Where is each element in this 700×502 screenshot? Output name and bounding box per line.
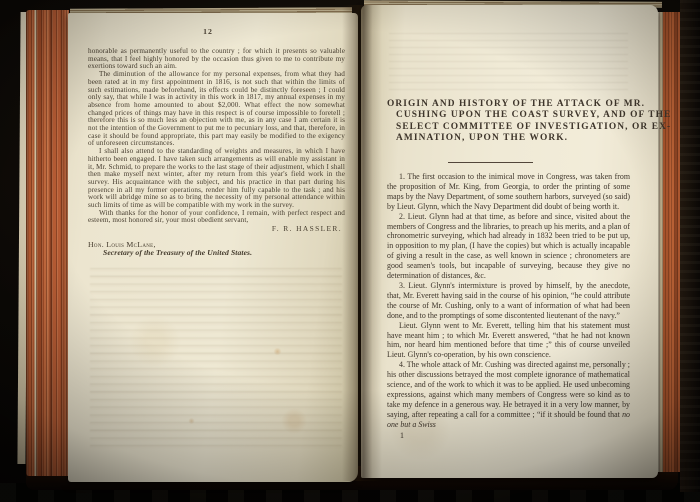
right-cover-board: [680, 0, 700, 492]
paragraph-text: 4. The whole attack of Mr. Cushing was d…: [387, 360, 630, 419]
addressee-title: Secretary of the Treasury of the United …: [103, 249, 345, 257]
book-photo-scene: 12 honorable as permanently useful to th…: [0, 0, 700, 502]
chapter-heading-line: SELECT COMMITTEE OF INVESTIGATION, OR EX…: [387, 122, 634, 133]
section-rule: [448, 162, 533, 163]
gutter-shadow: [342, 5, 382, 481]
foxing-spot: [273, 348, 282, 355]
right-page: ORIGIN AND HISTORY OF THE ATTACK OF MR. …: [361, 5, 658, 478]
left-page-number: 12: [88, 27, 328, 36]
foxing-spot: [188, 418, 195, 424]
left-page-text-block: honorable as permanently useful to the c…: [88, 48, 345, 256]
paragraph: With thanks for the honor of your confid…: [88, 210, 345, 225]
chapter-heading-line: AMINATION, UPON THE WORK.: [387, 133, 634, 144]
chapter-heading-line: ORIGIN AND HISTORY OF THE ATTACK OF MR.: [387, 99, 634, 110]
addressee-block: Hon. Louis McLane, Secretary of the Trea…: [88, 241, 345, 256]
letter-signature: F. R. HASSLER.: [88, 225, 345, 233]
paragraph: I shall also attend to the standarding o…: [88, 148, 345, 210]
left-fore-edge-stained-pages: [26, 10, 69, 476]
paragraph: Lieut. Glynn went to Mr. Everett, tellin…: [387, 321, 630, 361]
paragraph: honorable as permanently useful to the c…: [88, 48, 345, 71]
chapter-heading: ORIGIN AND HISTORY OF THE ATTACK OF MR. …: [387, 99, 634, 144]
left-page: 12 honorable as permanently useful to th…: [68, 13, 358, 482]
paragraph: 4. The whole attack of Mr. Cushing was d…: [387, 360, 630, 429]
paragraph: 3. Lieut. Glynn's intermixture is proved…: [387, 281, 630, 321]
chapter-heading-line: CUSHING UPON THE COAST SURVEY, AND OF TH…: [387, 110, 634, 121]
paragraph: 1. The first occasion to the inimical mo…: [387, 172, 630, 212]
paragraph: The diminution of the allowance for my p…: [88, 71, 345, 148]
paragraph: 2. Lieut. Glynn had at that time, as bef…: [387, 212, 630, 281]
signature-mark: 1: [387, 431, 630, 441]
right-page-text-block: 1. The first occasion to the inimical mo…: [387, 172, 630, 440]
